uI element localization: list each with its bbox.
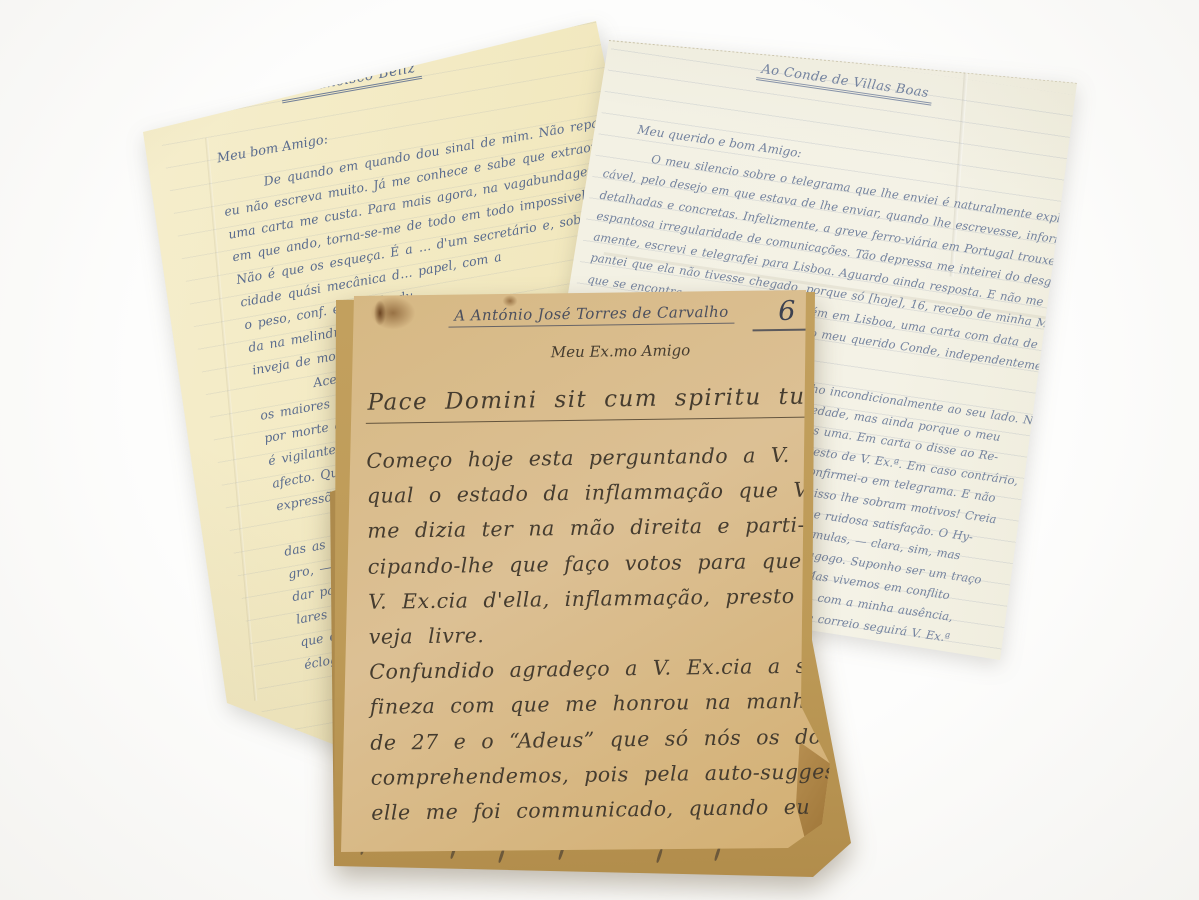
handwriting-line: lares instalarei [294,529,747,631]
handwriting-line: o peso, conf. e medida du [242,234,695,336]
ink-descender [360,840,367,855]
handwriting-line: que eu recebi [298,552,751,654]
ink-stain [500,293,520,309]
deckled-edge [609,39,1077,84]
opening-line: Pace Domini sit cum spiritu tuo. [365,383,855,424]
right-letter-sheet: Ao Conde de Villas Boas Meu querido e bo… [0,0,1199,900]
handwriting-line: é vigilante e não t [266,370,719,472]
handwriting-line: qual o estado da inflammação que V. Ex.a [367,472,875,514]
handwriting-line: pleta e ruidosa satisfação. O Hy- [779,499,1031,556]
handwriting-line: dar para ali a [290,506,743,608]
handwriting-line: em que ando, torna-se-me de todo em todo… [230,166,683,268]
handwriting-line: V. Ex.cia d'ella, inflammação, presto se [368,578,876,620]
letter-title: Ao Conde de Villas Boas [756,61,934,105]
letter-body: Começo hoje esta perguntando a V. Ex.cia… [366,437,879,831]
ink-stain [362,290,424,336]
handwriting-line: Por este correio seguirá V. Ex.ª [764,601,1016,658]
ink-stain [372,296,388,330]
salutation: Meu Ex.mo Amigo [551,341,691,361]
handwriting-line: vistas comigo. Dizem-se ali ver- [761,621,1013,678]
handwriting-line: comprehendemos, pois pela auto-suggestão [371,754,879,796]
handwriting-line: por morte de meu vog [262,348,715,450]
handwriting-line: uma carta me custa. Para mais agora, na … [226,144,679,246]
handwriting-line: afecto. Queira apres [270,393,723,495]
ink-descender [450,844,457,859]
letter-body: De quando em quando dou sinal de mim. Nã… [218,99,755,676]
left-letter-handwriting: 8 A Francisco Beliz Meu bom Amigo: De qu… [150,0,928,807]
handwriting-line: eu não escreva muito. Já me conhece e sa… [222,121,675,223]
ink-descender [714,846,721,861]
handwriting-line: quer demora mais. [580,311,1111,409]
handwriting-line: os maiores agradecim [258,325,711,427]
ink-descender [656,848,663,863]
handwriting-line: pantei que ela não tivesse chegado, porq… [589,248,1120,346]
handwriting-line: Não é que os esqueça. É a … d'um secretá… [234,189,687,291]
letter-conde-villas-boas: Ao Conde de Villas Boas Meu querido e bo… [0,0,1199,900]
handwriting-line: gro, — nada me [286,484,739,586]
paper-shading [0,0,1199,900]
handwriting-line: u pedagogo. Suponho ser um traço [773,539,1025,596]
handwriting-line: de 27 e o “Adeus” que só nós os dois [370,718,878,760]
handwriting-line: expressões do meu a [274,416,727,518]
handwriting-line: cável, pelo desejo em que estava de lhe … [601,163,1132,261]
letter-title: A António José Torres de Carvalho [448,303,735,328]
letter-body: O meu silencio sobre o telegrama que lhe… [577,142,1136,430]
handwriting-line: me dizia ter na mão direita e parti- [367,507,875,549]
photo-canvas: 8 A Francisco Beliz Meu bom Amigo: De qu… [0,0,1199,900]
handwriting-line: fineza com que me honrou na manhã [370,683,878,725]
handwriting-line: De quando em quando dou sinal de mim. Nã… [218,99,671,201]
handwriting-line: acho incondicionalmente ao seu lado. Não [797,376,1049,433]
ink-descender [558,845,565,860]
handwriting-line: E é está [278,438,731,540]
handwriting-line: detalhadas e concretas. Infelizmente, a … [598,184,1129,282]
letter-body-fragments: acho incondicionalmente ao seu lado. Não… [758,376,1048,698]
page-number: 6 [752,296,808,332]
handwriting-line: de fórmulas, — clara, sim, mas [776,519,1028,576]
ink-descender [498,848,505,863]
handwriting-line: protesto de V. Ex.ª. Em caso contrário, [788,438,1040,495]
handwriting-line: ariedade, mas ainda porque o meu [794,397,1046,454]
handwriting-line: amente, escrevi e telegrafei para Lisboa… [592,227,1123,325]
handwriting-line: das as partilhas [282,461,735,563]
fold-crease [604,252,1070,323]
handwriting-line: mais uma. Em carta o disse ao Re- [791,417,1043,474]
paper-shading [0,0,1199,900]
page-number: 8 [438,30,450,47]
handwriting-line: cipando-lhe que faço votos para que [368,542,876,584]
handwriting-line: demais, com a minha ausência, [767,580,1019,637]
torn-edge [796,742,832,846]
handwriting-line: que se encontra neste momento também em … [586,269,1117,367]
under-sheet [0,0,1199,900]
handwriting-line: tê hoje, e contra as minhas indica- [758,641,1010,698]
front-page: A António José Torres de Carvalho 6 Meu … [0,0,1199,900]
center-letter-handwriting: A António José Torres de Carvalho 6 Meu … [352,285,840,862]
handwriting-line: inveja de morrer! [250,280,703,382]
handwriting-line: da na melindrosidade du [246,257,699,359]
handwriting-line: O meu silencio sobre o telegrama que lhe… [604,142,1135,240]
left-letter-sheet: 8 A Francisco Beliz Meu bom Amigo: De qu… [0,0,1199,900]
handwriting-line: Começo hoje esta perguntando a V. Ex.cia [366,437,874,479]
handwriting-line: cidade quási mecânica d… papel, com a [238,212,691,314]
handwriting-line: tô confirmei-o em telegrama. E não [785,458,1037,515]
handwriting-line: espantosa irregularidade de comunicações… [595,205,1126,303]
salutation: Meu bom Amigo: [216,132,329,166]
handwriting-line: écloga crist [302,574,755,676]
handwriting-line: elle me foi communicado, quando eu [371,789,879,831]
right-letter-handwriting: Ao Conde de Villas Boas Meu querido e bo… [522,28,1129,736]
letter-francisco-beliz: 8 A Francisco Beliz Meu bom Amigo: De qu… [0,0,1199,900]
handwriting-line: para isso lhe sobram motivos! Creia [782,478,1034,535]
handwriting-line: dele. Mas vivemos em conflito [770,560,1022,617]
paper-shading [0,0,1199,900]
under-sheet [0,0,1199,900]
fold-crease [205,138,257,701]
handwriting-line: Confundido agradeço a V. Ex.cia a subida [369,648,877,690]
salutation: Meu querido e bom Amigo: [637,123,803,161]
letter-title: A Francisco Beliz [279,59,422,103]
handwriting-line: Pelo m [577,332,1108,430]
handwriting-line: solvo-me, pois, a falar de espaço com o … [583,290,1114,388]
handwriting-line: veja livre. [369,613,877,655]
letter-torres-carvalho-stack: A António José Torres de Carvalho 6 Meu … [0,0,1199,900]
fold-crease [950,42,970,277]
handwriting-line: Aceite, pois, me [254,302,707,404]
